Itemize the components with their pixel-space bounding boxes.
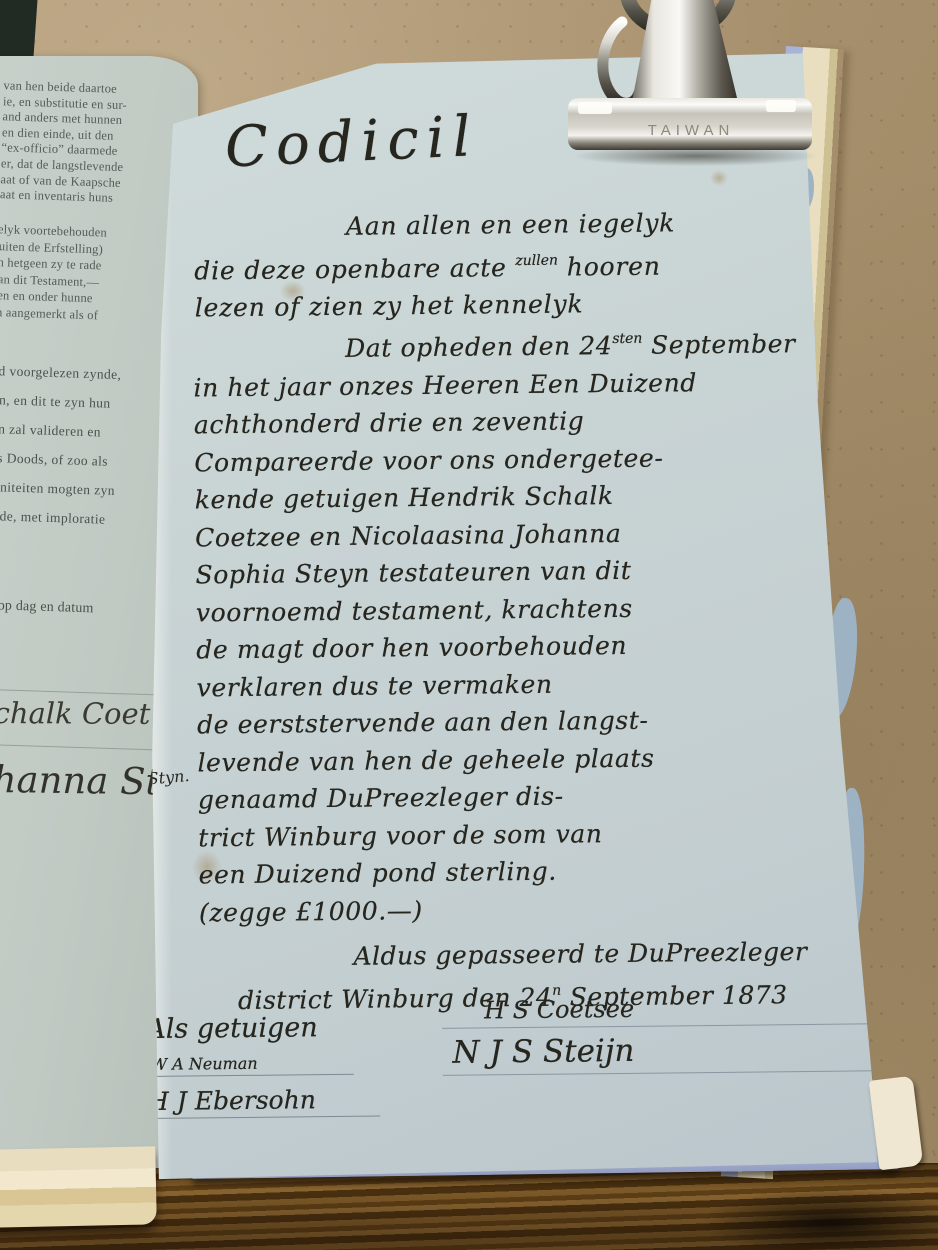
printed-line: emniteiten mogten zyn [0,472,118,505]
page-title: Codicil [224,104,480,180]
testator-signature-1: H S Coetsee [442,992,878,1029]
handwritten-line: Aldus gepasseerd te DuPreezleger [353,933,807,975]
handwritten-line: Compareerde voor ons ondergetee- [194,438,797,482]
superscript: sten [612,331,642,347]
handwritten-line: Dat opheden den 24sten September [345,319,796,367]
handwritten-line: een Duizend pond sterling. [198,850,801,894]
printed-line: den zal valideren en [0,414,120,447]
testator-signature-2: N J S Steijn [442,1030,878,1076]
printed-text-block-3: ord voorgelezen zynde,ben, en dit te zyn… [0,356,122,534]
printed-text-block-2: selyk voortebehoudenbuiten de Erfstellin… [0,221,107,324]
handwritten-line: de magt door hen voorbehouden [196,625,799,669]
signature-schalk-coetzee: Schalk Coet [0,696,150,731]
printed-line: des Doods, of zoo als [0,443,119,476]
handwritten-line: Coetzee en Nicolaasina Johanna [195,513,798,557]
body-paragraph: Dat opheden den 24sten Septemberin het j… [193,319,802,931]
handwritten-line: achthonderd drie en zeventig [194,400,797,444]
handwritten-line: in het jaar onzes Heeren Een Duizend [193,363,796,407]
handwritten-line: verklaren dus te vermaken [197,663,800,707]
margin-note: Styn. [147,766,190,788]
printed-text-block-4: g, op dag en datum [0,596,94,619]
handwritten-line: genaamd DuPreezleger dis- [198,775,801,819]
handwritten-line: Sophia Steyn testateuren van dit [195,550,798,594]
photograph: van hen beide daartoeie, en substitutie … [0,0,938,1250]
insertion-note: zullen [515,253,558,269]
clip-brand-text: TAIWAN [648,122,735,139]
handwritten-line: die deze openbare acte zullen hooren [194,241,676,289]
printed-line: en aangemerkt als of [0,304,105,324]
printed-text-block-1: van hen beide daartoeie, en substitutie … [0,78,128,207]
handwritten-line: (zegge £1000.—) [199,888,802,932]
printed-line: lende, met imploratie [0,501,117,534]
codicil-page: Codicil Aan allen en een iegelykdie deze… [150,50,892,1186]
witness-signature-2: H J Ebersohn [147,1085,380,1119]
witness-signature-1: W A Neuman [147,1053,354,1077]
cream-page-edges [0,1146,157,1227]
handwritten-line: kende getuigen Hendrik Schalk [195,475,798,519]
printed-line: ord voorgelezen zynde, [0,356,122,389]
witness-signature-block: Als getuigen W A Neuman H J Ebersohn [146,1012,380,1119]
witness-heading: Als getuigen [146,1012,379,1045]
handwritten-line: de eerststervende aan den langst- [197,700,800,744]
clip-hook [603,22,639,103]
printed-line: ben, en dit te zyn hun [0,385,121,418]
handwritten-line: voornoemd testament, krachtens [196,588,799,632]
handwritten-line: trict Winburg voor de som van [198,813,801,857]
testator-signature-block: H S Coetsee N J S Steijn [442,992,879,1076]
printed-line: aat en inventaris huns [0,187,124,206]
handwritten-line: lezen of zien zy het kennelyk [195,284,677,326]
ruled-line [0,688,178,696]
handwritten-line: Aan allen en een iegelyk [346,204,676,244]
clip-bar-highlight [578,102,612,114]
ruled-line [0,743,177,751]
opening-paragraph: Aan allen en een iegelykdie deze openbar… [194,204,676,326]
handwritten-line: levende van hen de geheele plaats [197,738,800,782]
clip-bar-highlight [766,100,796,112]
bulldog-clip: TAIWAN [560,0,820,166]
printed-line: g, op dag en datum [0,596,94,619]
